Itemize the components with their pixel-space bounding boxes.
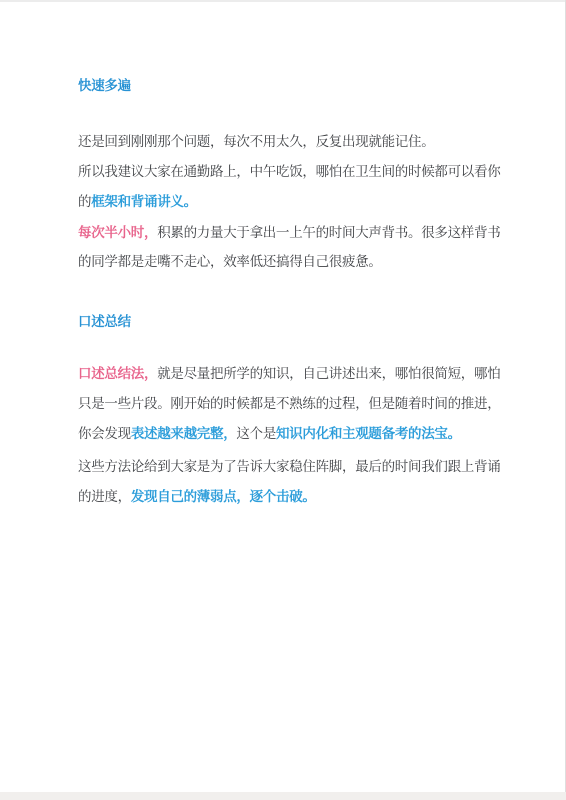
highlight-blue-text: 表述越来越完整， — [131, 426, 237, 441]
paragraph-line: 口述总结法，就是尽量把所学的知识，自己讲述出来，哪怕很简短，哪怕 — [78, 364, 500, 384]
paragraph-line: 所以我建议大家在通勤路上，中午吃饭，哪怕在卫生间的时候都可以看你 — [78, 162, 500, 182]
page-top-edge-line — [0, 0, 566, 2]
text-run: 的同学都是走嘴不走心，效率低还搞得自己很疲惫。 — [78, 254, 382, 269]
text-run: 积累的力量大于拿出一上午的时间大声背书。很多这样背书 — [157, 225, 500, 240]
highlight-blue-text: 框架和背诵讲义。 — [91, 194, 197, 209]
paragraph-line: 的同学都是走嘴不走心，效率低还搞得自己很疲惫。 — [78, 252, 382, 272]
paragraph-line: 这些方法论给到大家是为了告诉大家稳住阵脚，最后的时间我们跟上背诵 — [78, 457, 500, 477]
text-run: 这些方法论给到大家是为了告诉大家稳住阵脚，最后的时间我们跟上背诵 — [78, 459, 500, 474]
document-page: 快速多遍 还是回到刚刚那个问题，每次不用太久，反复出现就能记住。 所以我建议大家… — [0, 0, 566, 800]
text-run: 你会发现 — [78, 426, 131, 441]
highlight-blue-text: 发现自己的薄弱点，逐个击破。 — [131, 489, 316, 504]
paragraph-line: 每次半小时，积累的力量大于拿出一上午的时间大声背书。很多这样背书 — [78, 223, 500, 243]
text-run: 就是尽量把所学的知识，自己讲述出来，哪怕很简短，哪怕 — [157, 366, 500, 381]
paragraph-line: 只是一些片段。刚开始的时候都是不熟练的过程，但是随着时间的推进， — [78, 394, 500, 414]
page-bottom-band — [0, 792, 566, 800]
highlight-blue-text: 知识内化和主观题备考的法宝。 — [276, 426, 461, 441]
text-run: 这个是 — [236, 426, 276, 441]
text-run: 还是回到刚刚那个问题，每次不用太久，反复出现就能记住。 — [78, 134, 434, 149]
paragraph-line: 还是回到刚刚那个问题，每次不用太久，反复出现就能记住。 — [78, 132, 434, 152]
text-run: 所以我建议大家在通勤路上，中午吃饭，哪怕在卫生间的时候都可以看你 — [78, 164, 500, 179]
section-heading-fast-repetition: 快速多遍 — [78, 76, 131, 96]
highlight-pink-text: 口述总结法， — [78, 366, 157, 381]
text-run: 的 — [78, 194, 91, 209]
text-run: 只是一些片段。刚开始的时候都是不熟练的过程，但是随着时间的推进， — [78, 396, 500, 411]
text-run: 的进度， — [78, 489, 131, 504]
paragraph-line: 你会发现表述越来越完整，这个是知识内化和主观题备考的法宝。 — [78, 424, 461, 444]
paragraph-line: 的进度，发现自己的薄弱点，逐个击破。 — [78, 487, 316, 507]
section-heading-oral-summary: 口述总结 — [78, 312, 131, 332]
paragraph-line: 的框架和背诵讲义。 — [78, 192, 197, 212]
highlight-pink-text: 每次半小时， — [78, 225, 157, 240]
